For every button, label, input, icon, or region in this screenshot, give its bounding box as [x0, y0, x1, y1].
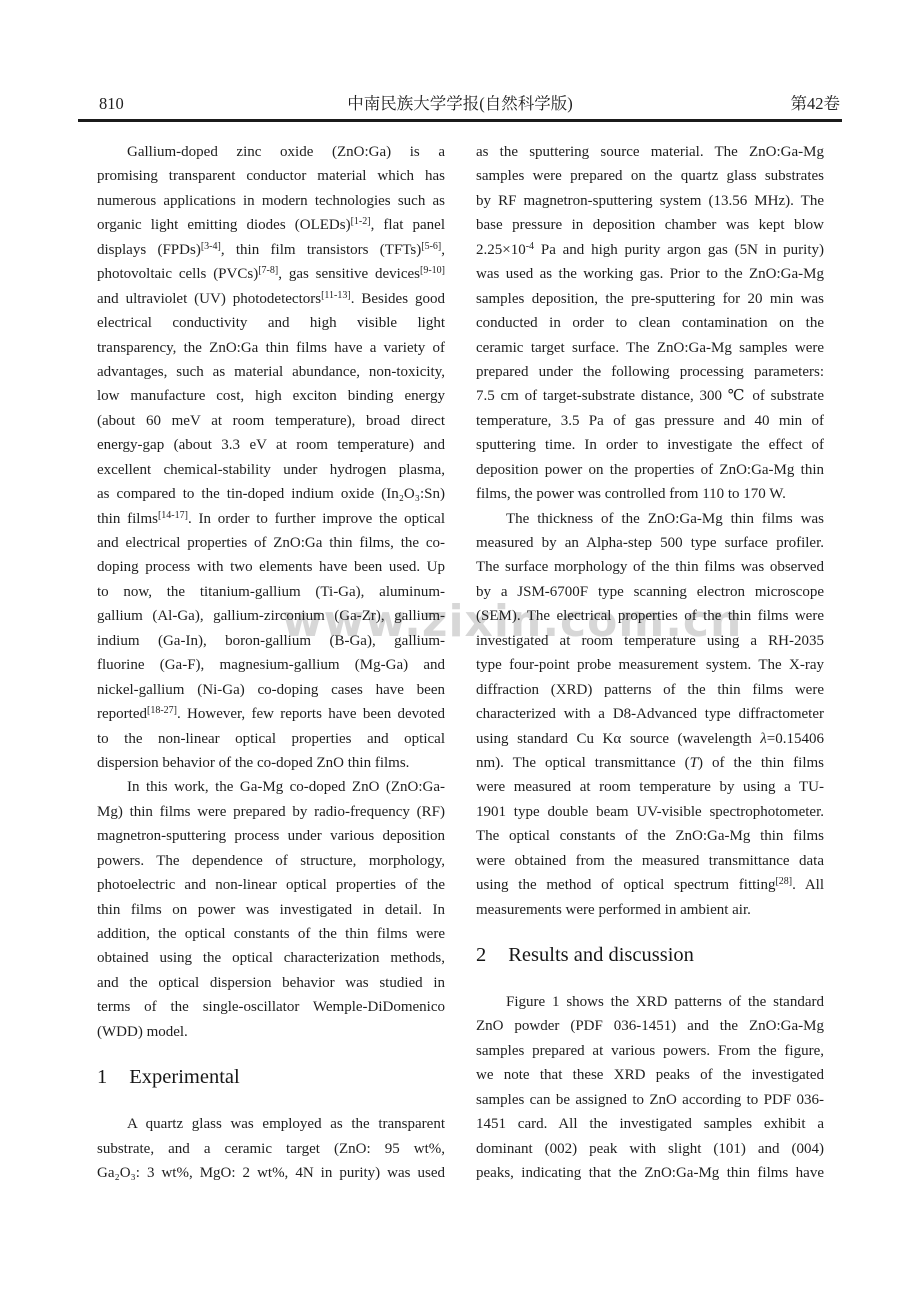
text-line: magnetron-sputtering process under vario… — [97, 824, 445, 848]
text-line: In this work, the Ga-Mg co-doped ZnO (Zn… — [97, 775, 445, 799]
text-line: using standard Cu Kα source (wavelength … — [476, 727, 824, 751]
text-line: advantages, such as material abundance, … — [97, 360, 445, 384]
text-line: samples can be assigned to ZnO according… — [476, 1088, 824, 1112]
text-line: were measured at room temperature by usi… — [476, 775, 824, 799]
text-line: The thickness of the ZnO:Ga-Mg thin film… — [476, 507, 824, 531]
text-line: nm). The optical transmittance (T) of th… — [476, 751, 824, 775]
text-line: The optical constants of the ZnO:Ga-Mg t… — [476, 824, 824, 848]
text-line: nickel-gallium (Ni-Ga) co-doping cases h… — [97, 678, 445, 702]
text-line: samples were prepared on the quartz glas… — [476, 164, 824, 188]
text-line: by RF magnetron-sputtering system (13.56… — [476, 189, 824, 213]
text-line: substrate, and a ceramic target (ZnO: 95… — [97, 1137, 445, 1161]
text-line: obtained using the optical characterizat… — [97, 946, 445, 970]
text-line: (about 60 meV at room temperature), broa… — [97, 409, 445, 433]
text-line: dispersion behavior of the co-doped ZnO … — [97, 751, 445, 775]
text-line: base pressure in deposition chamber was … — [476, 213, 824, 237]
text-line: films, the power was controlled from 110… — [476, 482, 824, 506]
text-line: thin films[14-17]. In order to further i… — [97, 507, 445, 531]
text-line: to now, the titanium-gallium (Ti-Ga), al… — [97, 580, 445, 604]
text-line: (WDD) model. — [97, 1020, 445, 1044]
text-line: we note that these XRD peaks of the inve… — [476, 1063, 824, 1087]
text-line: 7.5 cm of target-substrate distance, 300… — [476, 384, 824, 408]
text-line: and electrical properties of ZnO:Ga thin… — [97, 531, 445, 555]
text-line: characterized with a D8-Advanced type di… — [476, 702, 824, 726]
text-line: as the sputtering source material. The Z… — [476, 140, 824, 164]
text-line: electrical conductivity and high visible… — [97, 311, 445, 335]
text-line: temperature, 3.5 Pa of gas pressure and … — [476, 409, 824, 433]
text-line: as compared to the tin-doped indium oxid… — [97, 482, 445, 506]
text-line: measured by an Alpha-step 500 type surfa… — [476, 531, 824, 555]
paper-page: 810 中南民族大学学报(自然科学版) 第42卷 www.zixin.com.c… — [0, 0, 920, 1291]
section-title: Results and discussion — [508, 944, 694, 966]
text-line: diffraction (XRD) patterns of the thin f… — [476, 678, 824, 702]
text-line: The surface morphology of the thin films… — [476, 555, 824, 579]
section-number: 2 — [476, 944, 486, 966]
text-line: dominant (002) peak with slight (101) an… — [476, 1137, 824, 1161]
text-line: terms of the single-oscillator Wemple-Di… — [97, 995, 445, 1019]
text-line: addition, the optical constants of the t… — [97, 922, 445, 946]
text-line: energy-gap (about 3.3 eV at room tempera… — [97, 433, 445, 457]
text-line: to the non-linear optical properties and… — [97, 727, 445, 751]
text-line: by a JSM-6700F type scanning electron mi… — [476, 580, 824, 604]
text-line: type four-point probe measurement system… — [476, 653, 824, 677]
text-line: was used as the working gas. Prior to th… — [476, 262, 824, 286]
text-line: promising transparent conductor material… — [97, 164, 445, 188]
left-column: Gallium-doped zinc oxide (ZnO:Ga) is apr… — [97, 140, 445, 1186]
text-line: were obtained from the measured transmit… — [476, 849, 824, 873]
text-line: 1451 card. All the investigated samples … — [476, 1112, 824, 1136]
text-line: conducted in order to clean contaminatio… — [476, 311, 824, 335]
section-number: 1 — [97, 1066, 107, 1088]
text-line: gallium (Al-Ga), gallium-zirconium (Ga-Z… — [97, 604, 445, 628]
section-title: Experimental — [129, 1066, 239, 1088]
text-line: samples prepared at various powers. From… — [476, 1039, 824, 1063]
text-line: Ga₂O₃: 3 wt%, MgO: 2 wt%, 4N in purity) … — [97, 1161, 445, 1185]
text-line: (SEM). The electrical properties of the … — [476, 604, 824, 628]
text-line: Figure 1 shows the XRD patterns of the s… — [476, 990, 824, 1014]
text-line: 1901 type double beam UV-visible spectro… — [476, 800, 824, 824]
text-line: measurements were performed in ambient a… — [476, 898, 824, 922]
text-line: excellent chemical-stability under hydro… — [97, 458, 445, 482]
text-line: ZnO powder (PDF 036-1451) and the ZnO:Ga… — [476, 1014, 824, 1038]
text-line: investigated at room temperature using a… — [476, 629, 824, 653]
text-line: Mg) thin films were prepared by radio-fr… — [97, 800, 445, 824]
journal-title: 中南民族大学学报(自然科学版) — [0, 94, 920, 114]
text-line: 2.25×10-4 Pa and high purity argon gas (… — [476, 238, 824, 262]
text-line: photovoltaic cells (PVCs)[7-8], gas sens… — [97, 262, 445, 286]
text-line: doping process with two elements have be… — [97, 555, 445, 579]
text-line: and ultraviolet (UV) photodetectors[11-1… — [97, 287, 445, 311]
text-line: sputtering time. In order to investigate… — [476, 433, 824, 457]
text-line: deposition power on the properties of Zn… — [476, 458, 824, 482]
text-line: powers. The dependence of structure, mor… — [97, 849, 445, 873]
volume-label: 第42卷 — [791, 94, 841, 114]
text-line: and the optical dispersion behavior was … — [97, 971, 445, 995]
text-line: thin films on power was investigated in … — [97, 898, 445, 922]
text-line: numerous applications in modern technolo… — [97, 189, 445, 213]
text-line: low manufacture cost, high exciton bindi… — [97, 384, 445, 408]
text-line: peaks, indicating that the ZnO:Ga-Mg thi… — [476, 1161, 824, 1185]
text-line: reported[18-27]. However, few reports ha… — [97, 702, 445, 726]
text-line: ceramic target surface. The ZnO:Ga-Mg sa… — [476, 336, 824, 360]
text-line: A quartz glass was employed as the trans… — [97, 1112, 445, 1136]
text-line: using the method of optical spectrum fit… — [476, 873, 824, 897]
text-line: indium (Ga-In), boron-gallium (B-Ga), ga… — [97, 629, 445, 653]
text-line: samples deposition, the pre-sputtering f… — [476, 287, 824, 311]
text-line: prepared under the following processing … — [476, 360, 824, 384]
section-heading: 2Results and discussion — [476, 942, 824, 968]
right-column: as the sputtering source material. The Z… — [476, 140, 824, 1186]
header-divider — [78, 119, 842, 122]
text-line: fluorine (Ga-F), magnesium-gallium (Mg-G… — [97, 653, 445, 677]
text-line: transparency, the ZnO:Ga thin films have… — [97, 336, 445, 360]
text-line: organic light emitting diodes (OLEDs)[1-… — [97, 213, 445, 237]
text-line: photoelectric and non-linear optical pro… — [97, 873, 445, 897]
text-line: Gallium-doped zinc oxide (ZnO:Ga) is a — [97, 140, 445, 164]
section-heading: 1Experimental — [97, 1064, 445, 1090]
text-line: displays (FPDs)[3-4], thin film transist… — [97, 238, 445, 262]
